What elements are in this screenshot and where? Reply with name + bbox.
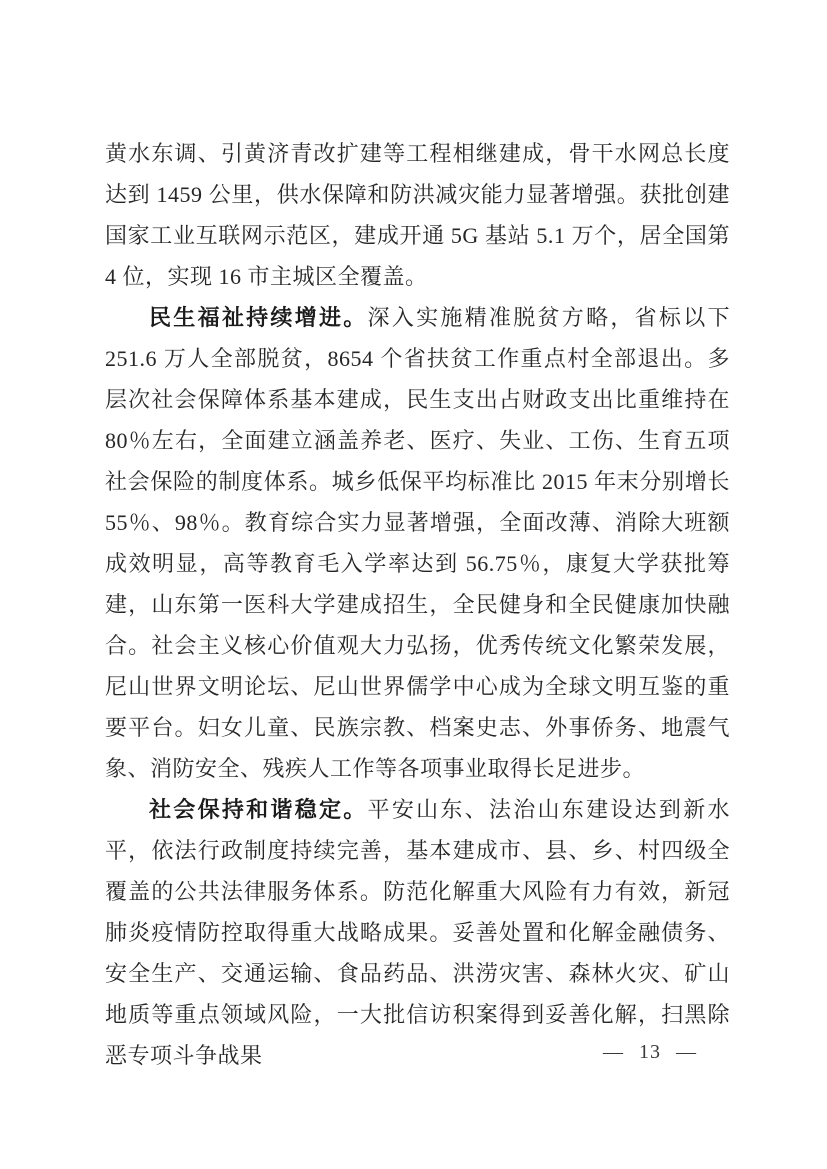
paragraph-text: 深入实施精准脱贫方略，省标以下 251.6 万人全部脱贫，8654 个省扶贫工作… [105, 305, 730, 781]
paragraph-text: 平安山东、法治山东建设达到新水平，依法行政制度持续完善，基本建成市、县、乡、村四… [105, 797, 730, 1068]
document-body: 黄水东调、引黄济青改扩建等工程相继建成，骨干水网总长度达到 1459 公里，供水… [105, 133, 730, 1076]
paragraph-text: 黄水东调、引黄济青改扩建等工程相继建成，骨干水网总长度达到 1459 公里，供水… [105, 141, 730, 289]
document-page: 黄水东调、引黄济青改扩建等工程相继建成，骨干水网总长度达到 1459 公里，供水… [0, 0, 827, 1169]
paragraph-lead: 民生福祉持续增进。 [149, 305, 368, 330]
paragraph-lead: 社会保持和谐稳定。 [149, 797, 368, 822]
paragraph: 民生福祉持续增进。深入实施精准脱贫方略，省标以下 251.6 万人全部脱贫，86… [105, 297, 730, 789]
page-footer: — 13 — [603, 1040, 697, 1064]
paragraph: 社会保持和谐稳定。平安山东、法治山东建设达到新水平，依法行政制度持续完善，基本建… [105, 789, 730, 1076]
page-number: — 13 — [603, 1041, 697, 1063]
paragraph: 黄水东调、引黄济青改扩建等工程相继建成，骨干水网总长度达到 1459 公里，供水… [105, 133, 730, 297]
